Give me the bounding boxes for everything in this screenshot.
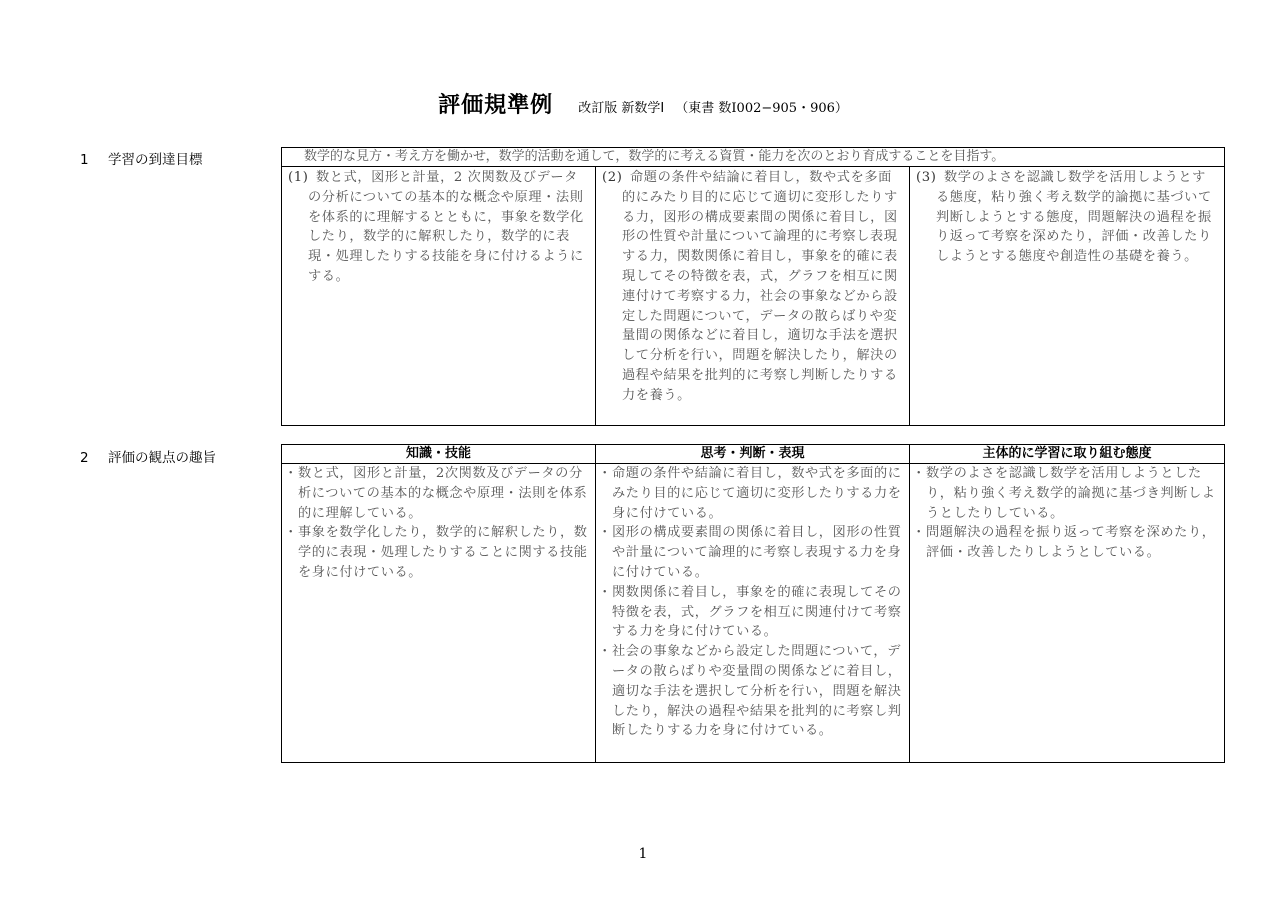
goal-text: 数学のよさを認識し数学を活用しようとする態度，粘り強く考え数学的論拠に基づいて判… <box>936 170 1212 264</box>
goals-row: (1)数と式，図形と計量，2 次関数及びデータの分析についての基本的な概念や原理… <box>282 167 1225 426</box>
thinking-cell: ・命題の条件や結論に着目し，数や式を多面的にみたり目的に応じて適切に変形したりす… <box>596 464 910 763</box>
goals-intro: 数学的な見方・考え方を働かせ，数学的活動を通して，数学的に考える資質・能力を次の… <box>282 148 1225 167</box>
section-1-label: 学習の到達目標 <box>108 152 203 168</box>
list-item: ・事象を数学化したり，数学的に解釈したり，数学的に表現・処理したりすることに関す… <box>282 523 595 582</box>
list-item: ・問題解決の過程を振り返って考察を深めたり，評価・改善したりしようとしている。 <box>910 523 1224 563</box>
document-title: 評価規準例 改訂版 新数学Ⅰ （東書 数Ⅰ002−905・906） <box>0 88 1286 119</box>
list-item: ・図形の構成要素間の関係に着目し，図形の性質や計量について論理的に考察し表現する… <box>596 523 909 582</box>
section-1-heading: 1学習の到達目標 <box>80 148 203 168</box>
goal-number: (3) <box>916 168 944 188</box>
goal-text: 命題の条件や結論に着目し，数や式を多面的にみたり目的に応じて適切に変形したりする… <box>622 170 898 403</box>
goal-cell-1: (1)数と式，図形と計量，2 次関数及びデータの分析についての基本的な概念や原理… <box>282 167 596 426</box>
page-number: 1 <box>0 846 1286 862</box>
viewpoints-header-row: 知識・技能 思考・判断・表現 主体的に学習に取り組む態度 <box>282 445 1225 464</box>
section-2-number: 2 <box>80 450 108 466</box>
viewpoints-body-row: ・数と式，図形と計量，2次関数及びデータの分析についての基本的な概念や原理・法則… <box>282 464 1225 763</box>
goal-text: 数と式，図形と計量，2 次関数及びデータの分析についての基本的な概念や原理・法則… <box>308 170 584 284</box>
bullet-icon: ・ <box>284 523 298 543</box>
list-item: ・命題の条件や結論に着目し，数や式を多面的にみたり目的に応じて適切に変形したりす… <box>596 464 909 523</box>
bullet-icon: ・ <box>598 523 612 543</box>
bullet-icon: ・ <box>598 642 612 662</box>
textbook-name: 改訂版 新数学Ⅰ <box>578 101 664 116</box>
list-item: ・関数関係に着目し，事象を的確に表現してその特徴を表，式，グラフを相互に関連付け… <box>596 583 909 642</box>
bullet-icon: ・ <box>598 464 612 484</box>
page-title: 評価規準例 <box>438 93 553 118</box>
knowledge-cell: ・数と式，図形と計量，2次関数及びデータの分析についての基本的な概念や原理・法則… <box>282 464 596 763</box>
bullet-icon: ・ <box>912 523 926 543</box>
bullet-icon: ・ <box>598 583 612 603</box>
goal-number: (1) <box>288 168 316 188</box>
bullet-icon: ・ <box>284 464 298 484</box>
goals-intro-row: 数学的な見方・考え方を働かせ，数学的活動を通して，数学的に考える資質・能力を次の… <box>282 148 1225 167</box>
bullet-icon: ・ <box>912 464 926 484</box>
list-item: ・数学のよさを認識し数学を活用しようとしたり，粘り強く考え数学的論拠に基づき判断… <box>910 464 1224 523</box>
goal-cell-2: (2)命題の条件や結論に着目し，数や式を多面的にみたり目的に応じて適切に変形した… <box>596 167 910 426</box>
goal-cell-3: (3)数学のよさを認識し数学を活用しようとする態度，粘り強く考え数学的論拠に基づ… <box>910 167 1225 426</box>
column-header-attitude: 主体的に学習に取り組む態度 <box>910 445 1225 464</box>
list-item: ・数と式，図形と計量，2次関数及びデータの分析についての基本的な概念や原理・法則… <box>282 464 595 523</box>
textbook-code: （東書 数Ⅰ002−905・906） <box>675 101 848 116</box>
learning-goals-table: 数学的な見方・考え方を働かせ，数学的活動を通して，数学的に考える資質・能力を次の… <box>281 147 1225 426</box>
section-2-label: 評価の観点の趣旨 <box>108 450 216 466</box>
evaluation-viewpoints-table: 知識・技能 思考・判断・表現 主体的に学習に取り組む態度 ・数と式，図形と計量，… <box>281 444 1225 763</box>
attitude-cell: ・数学のよさを認識し数学を活用しようとしたり，粘り強く考え数学的論拠に基づき判断… <box>910 464 1225 763</box>
column-header-thinking: 思考・判断・表現 <box>596 445 910 464</box>
list-item: ・社会の事象などから設定した問題について，データの散らばりや変量間の関係などに着… <box>596 642 909 741</box>
section-1-number: 1 <box>80 152 108 168</box>
column-header-knowledge: 知識・技能 <box>282 445 596 464</box>
section-2-heading: 2評価の観点の趣旨 <box>80 446 216 466</box>
goal-number: (2) <box>602 168 630 188</box>
